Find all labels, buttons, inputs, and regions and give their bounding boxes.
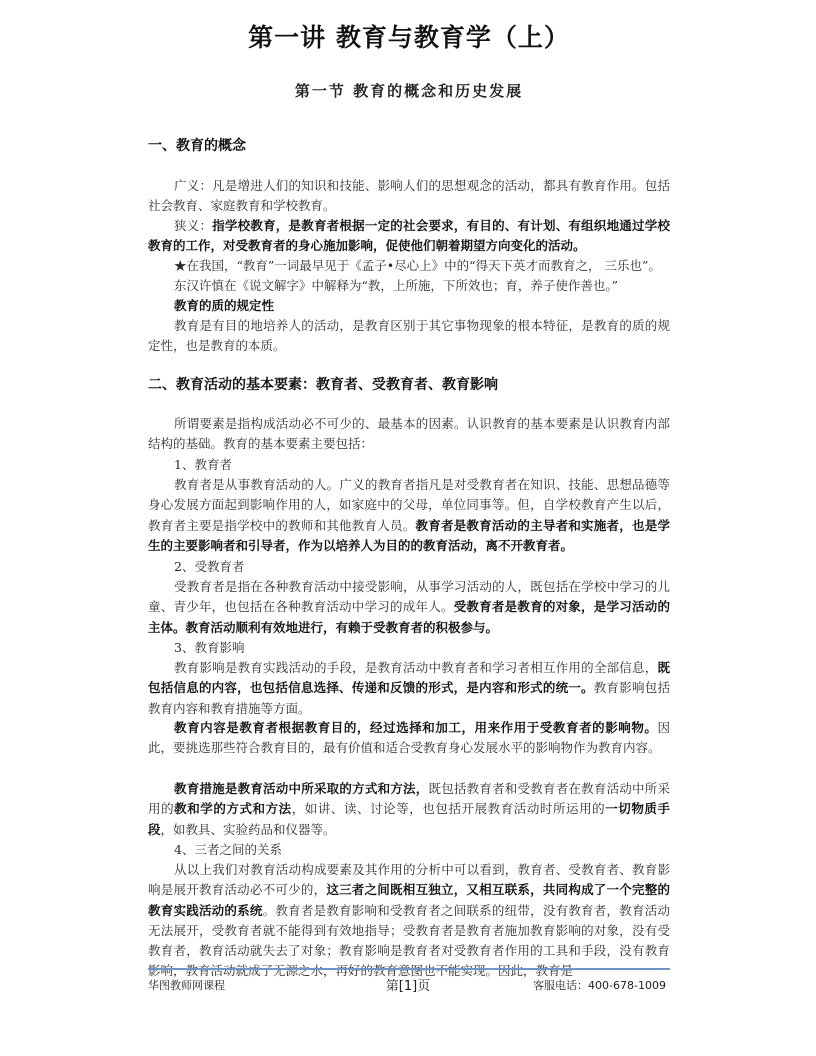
section-subtitle: 第一节 教育的概念和历史发展 [148,80,670,101]
paragraph-relationship: 从以上我们对教育活动构成要素及其作用的分析中可以看到，教育者、受教育者、教育影响… [148,860,670,982]
narrow-label: 狭义： [174,218,212,233]
measures-text-2: ，如讲、读、讨论等，也包括开展教育活动时所运用的 [292,801,606,816]
paragraph-learner: 受教育者是指在各种教育活动中接受影响，从事学习活动的人，既包括在学校中学习的儿童… [148,577,670,638]
paragraph-content: 教育内容是教育者根据教育目的，经过选择和加工，用来作用于受教育者的影响物。因此，… [148,718,670,759]
paragraph-origin: ★在我国，“教育”一词最早见于《孟子•尽心上》中的“得天下英才而教育之， 三乐也… [148,256,670,276]
footer-page-number: 第[1]页 [0,975,816,994]
paragraph-influence: 教育影响是教育实践活动的手段，是教育活动中教育者和学习者相互作用的全部信息，既包… [148,658,670,719]
influence-text-a: 教育影响是教育实践活动的手段，是教育活动中教育者和学习者相互作用的全部信息， [174,660,657,675]
lecture-title: 第一讲 教育与教育学（上） [148,18,670,54]
narrow-definition-bold: 指学校教育，是教育者根据一定的社会要求，有目的、有计划、有组织地通过学校教育的工… [148,218,670,253]
measures-bold-2: 教和学的方式和方法 [174,801,292,816]
item3-label: 3、教育影响 [148,638,670,658]
paragraph-educator: 教育者是从事教育活动的人。广义的教育者指凡是对受教育者在知识、技能、思想品德等身… [148,475,670,556]
heading-qualitative: 教育的质的规定性 [148,296,670,316]
heading-concept: 一、教育的概念 [148,135,246,155]
item2-label: 2、受教育者 [148,557,670,577]
content-bold: 教育内容是教育者根据教育目的，经过选择和加工，用来作用于受教育者的影响物。 [174,720,657,735]
item4-label: 4、三者之间的关系 [148,840,670,860]
heading-elements: 二、教育活动的基本要素：教育者、受教育者、教育影响 [148,374,498,394]
footer-divider [148,968,670,970]
item1-label: 1、教育者 [148,455,670,475]
paragraph-narrow-definition: 狭义：指学校教育，是教育者根据一定的社会要求，有目的、有计划、有组织地通过学校教… [148,216,670,257]
footer-hotline: 客服电话：400-678-1009 [533,977,666,993]
paragraph-broad-definition: 广义：凡是增进人们的知识和技能、影响人们的思想观念的活动，都具有教育作用。包括社… [148,176,670,217]
measures-bold-1: 教育措施是教育活动中所采取的方式和方法， [174,781,428,796]
paragraph-measures: 教育措施是教育活动中所采取的方式和方法，既包括教育者和受教育者在教育活动中所采用… [148,779,670,840]
paragraph-elements-intro: 所谓要素是指构成活动必不可少的、最基本的因素。认识教育的基本要素是认识教育内部结… [148,414,670,455]
measures-text-3: ，如教具、实验药品和仪器等。 [161,822,336,837]
paragraph-shuowen: 东汉许慎在《说文解字》中解释为“教，上所施，下所效也；育，养子使作善也。” [148,276,670,296]
paragraph-essence: 教育是有目的地培养人的活动，是教育区别于其它事物现象的根本特征，是教育的质的规定… [148,316,670,357]
